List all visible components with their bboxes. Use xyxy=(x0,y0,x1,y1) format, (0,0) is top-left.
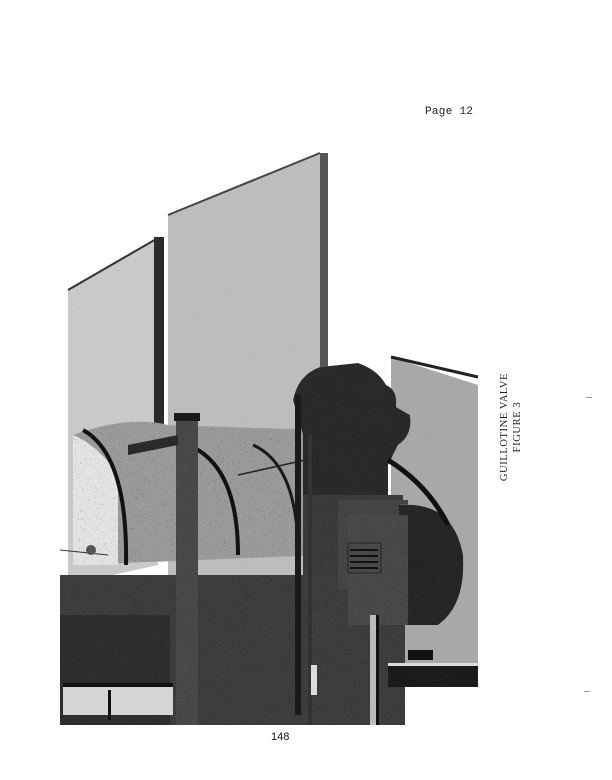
figure-photograph xyxy=(58,145,482,727)
scan-artifact xyxy=(586,397,592,398)
scan-artifact xyxy=(584,691,590,692)
page-header: Page 12 xyxy=(425,106,473,118)
figure-caption: GUILLOTINE VALVE FIGURE 3 xyxy=(491,372,531,482)
page-number: 148 xyxy=(271,731,289,743)
figure-title: GUILLOTINE VALVE xyxy=(498,373,511,481)
figure-label: FIGURE 3 xyxy=(511,373,524,481)
